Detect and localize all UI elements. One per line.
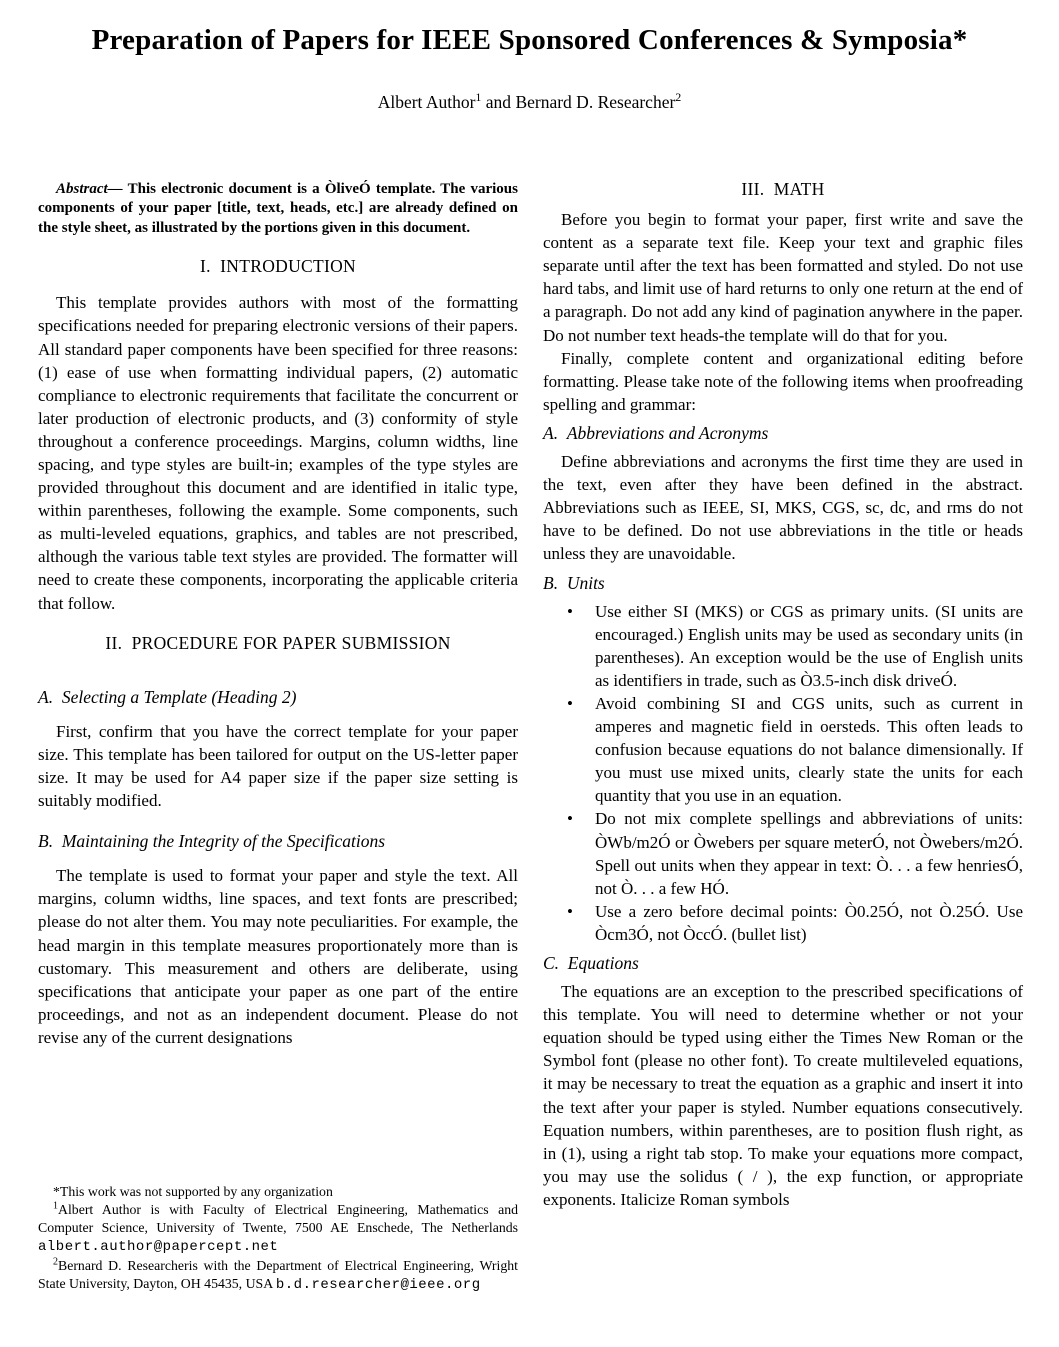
- units-bullet-list: Use either SI (MKS) or CGS as primary un…: [543, 600, 1023, 946]
- authors-connector: and: [481, 92, 515, 112]
- paper-title: Preparation of Papers for IEEE Sponsored…: [0, 24, 1059, 57]
- units-bullet-item: Avoid combining SI and CGS units, such a…: [543, 692, 1023, 807]
- paper-page: Preparation of Papers for IEEE Sponsored…: [0, 0, 1059, 1347]
- footnote-support: *This work was not supported by any orga…: [38, 1183, 518, 1201]
- section-heading-procedure: II. PROCEDURE FOR PAPER SUBMISSION: [38, 632, 518, 655]
- section-heading-math: III. MATH: [543, 178, 1023, 201]
- introduction-paragraph: This template provides authors with most…: [38, 291, 518, 614]
- section-heading-introduction: I. INTRODUCTION: [38, 255, 518, 278]
- subsection-heading-maintaining-integrity: B. Maintaining the Integrity of the Spec…: [38, 830, 518, 853]
- footnotes-block: *This work was not supported by any orga…: [38, 1183, 518, 1328]
- subsection-heading-selecting-template: A. Selecting a Template (Heading 2): [38, 686, 518, 709]
- units-bullet-item: Use either SI (MKS) or CGS as primary un…: [543, 600, 1023, 692]
- math-paragraph-1: Before you begin to format your paper, f…: [543, 208, 1023, 347]
- footnote-2-email: b.d.researcher@ieee.org: [276, 1277, 481, 1293]
- subsection-heading-abbreviations: A. Abbreviations and Acronyms: [543, 422, 1023, 445]
- units-bullet-item: Do not mix complete spellings and abbrev…: [543, 807, 1023, 899]
- maintaining-integrity-paragraph: The template is used to format your pape…: [38, 864, 518, 1049]
- equations-paragraph: The equations are an exception to the pr…: [543, 980, 1023, 1211]
- author-2-affiliation-mark: 2: [675, 90, 681, 104]
- author-1-name: Albert Author: [378, 92, 476, 112]
- footnote-1-text: Albert Author is with Faculty of Electri…: [38, 1202, 518, 1235]
- author-2-name: Bernard D. Researcher: [515, 92, 675, 112]
- selecting-template-paragraph: First, confirm that you have the correct…: [38, 720, 518, 812]
- footnote-author-2: 2Bernard D. Researcheris with the Depart…: [38, 1257, 518, 1294]
- math-paragraph-2: Finally, complete content and organizati…: [543, 347, 1023, 416]
- left-column: Abstract— This electronic document is a …: [38, 178, 518, 1328]
- subsection-heading-units: B. Units: [543, 572, 1023, 595]
- footnote-1-email: albert.author@papercept.net: [38, 1239, 278, 1255]
- footnote-author-1: 1Albert Author is with Faculty of Electr…: [38, 1201, 518, 1257]
- units-bullet-item: Use a zero before decimal points: Ò0.25Ó…: [543, 900, 1023, 946]
- right-column: III. MATH Before you begin to format you…: [543, 178, 1023, 1347]
- subsection-heading-equations: C. Equations: [543, 952, 1023, 975]
- authors-line: Albert Author1 and Bernard D. Researcher…: [0, 92, 1059, 113]
- abstract-label: Abstract—: [56, 181, 123, 197]
- abbreviations-paragraph: Define abbreviations and acronyms the fi…: [543, 450, 1023, 565]
- abstract: Abstract— This electronic document is a …: [38, 180, 518, 238]
